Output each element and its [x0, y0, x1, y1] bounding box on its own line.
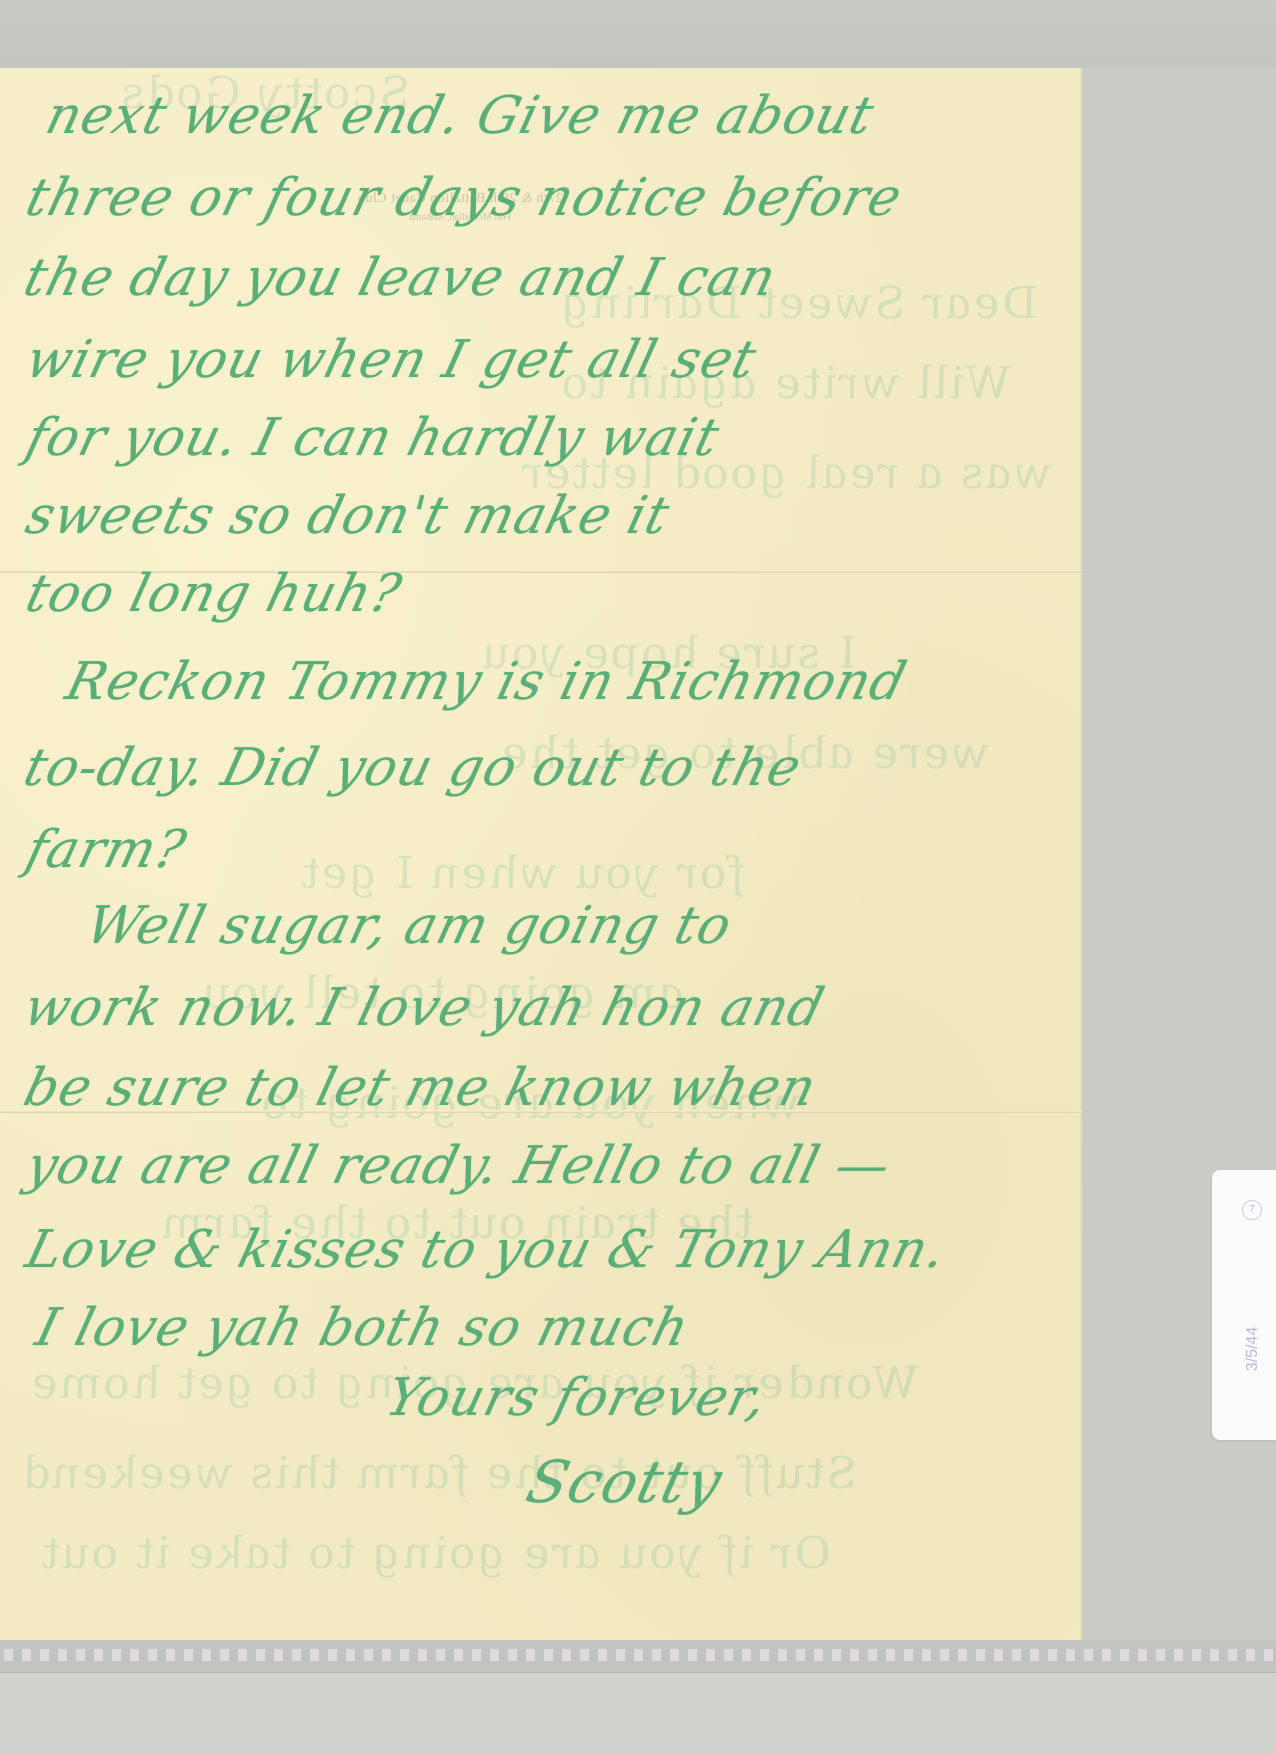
item-number-badge: 7 — [1242, 1200, 1262, 1220]
scanner-bed-top — [0, 0, 1276, 68]
signature: Scotty — [520, 1448, 729, 1516]
scanner-bed-bottom — [0, 1673, 1276, 1754]
archive-date: 3/5/44 — [1244, 1314, 1262, 1384]
letter-line: work now. I love yah hon and — [18, 978, 831, 1038]
letter-line: I love yah both so much — [30, 1298, 695, 1358]
closing: Yours forever, — [380, 1368, 774, 1428]
bleed-line: Or if you are going to take it out — [35, 1528, 836, 1579]
letter-line: next week end. Give me about — [40, 86, 880, 146]
bleed-line: Stuff out to the farm this weekend — [15, 1448, 862, 1499]
bleed-line: for you when I get — [295, 848, 751, 899]
letter-line: the day you leave and I can — [18, 248, 783, 308]
letter-line: Love & kisses to you & Tony Ann. — [20, 1220, 952, 1280]
letter-line: you are all ready. Hello to all — — [20, 1136, 897, 1196]
letter-line: too long huh? — [20, 564, 408, 624]
letter-line: Reckon Tommy is in Richmond — [60, 652, 913, 712]
letter-page: Scotty Gods Dear Sweet Darling Will writ… — [0, 68, 1082, 1640]
letter-line: farm? — [20, 820, 192, 880]
letter-line: be sure to let me know when — [18, 1058, 823, 1118]
archive-label: 7 3/5/44 — [1212, 1170, 1276, 1440]
letter-line: three or four days notice before — [20, 168, 908, 228]
letter-line: wire you when I get all set — [20, 330, 762, 390]
letter-line: Well sugar, am going to — [80, 896, 738, 956]
letter-line: sweets so don't make it — [20, 486, 676, 546]
sleeve-perforated-strip — [0, 1640, 1276, 1673]
letter-line: to-day. Did you go out to the — [18, 738, 808, 798]
letter-line: for you. I can hardly wait — [20, 408, 726, 468]
perforation-holes — [0, 1649, 1276, 1661]
